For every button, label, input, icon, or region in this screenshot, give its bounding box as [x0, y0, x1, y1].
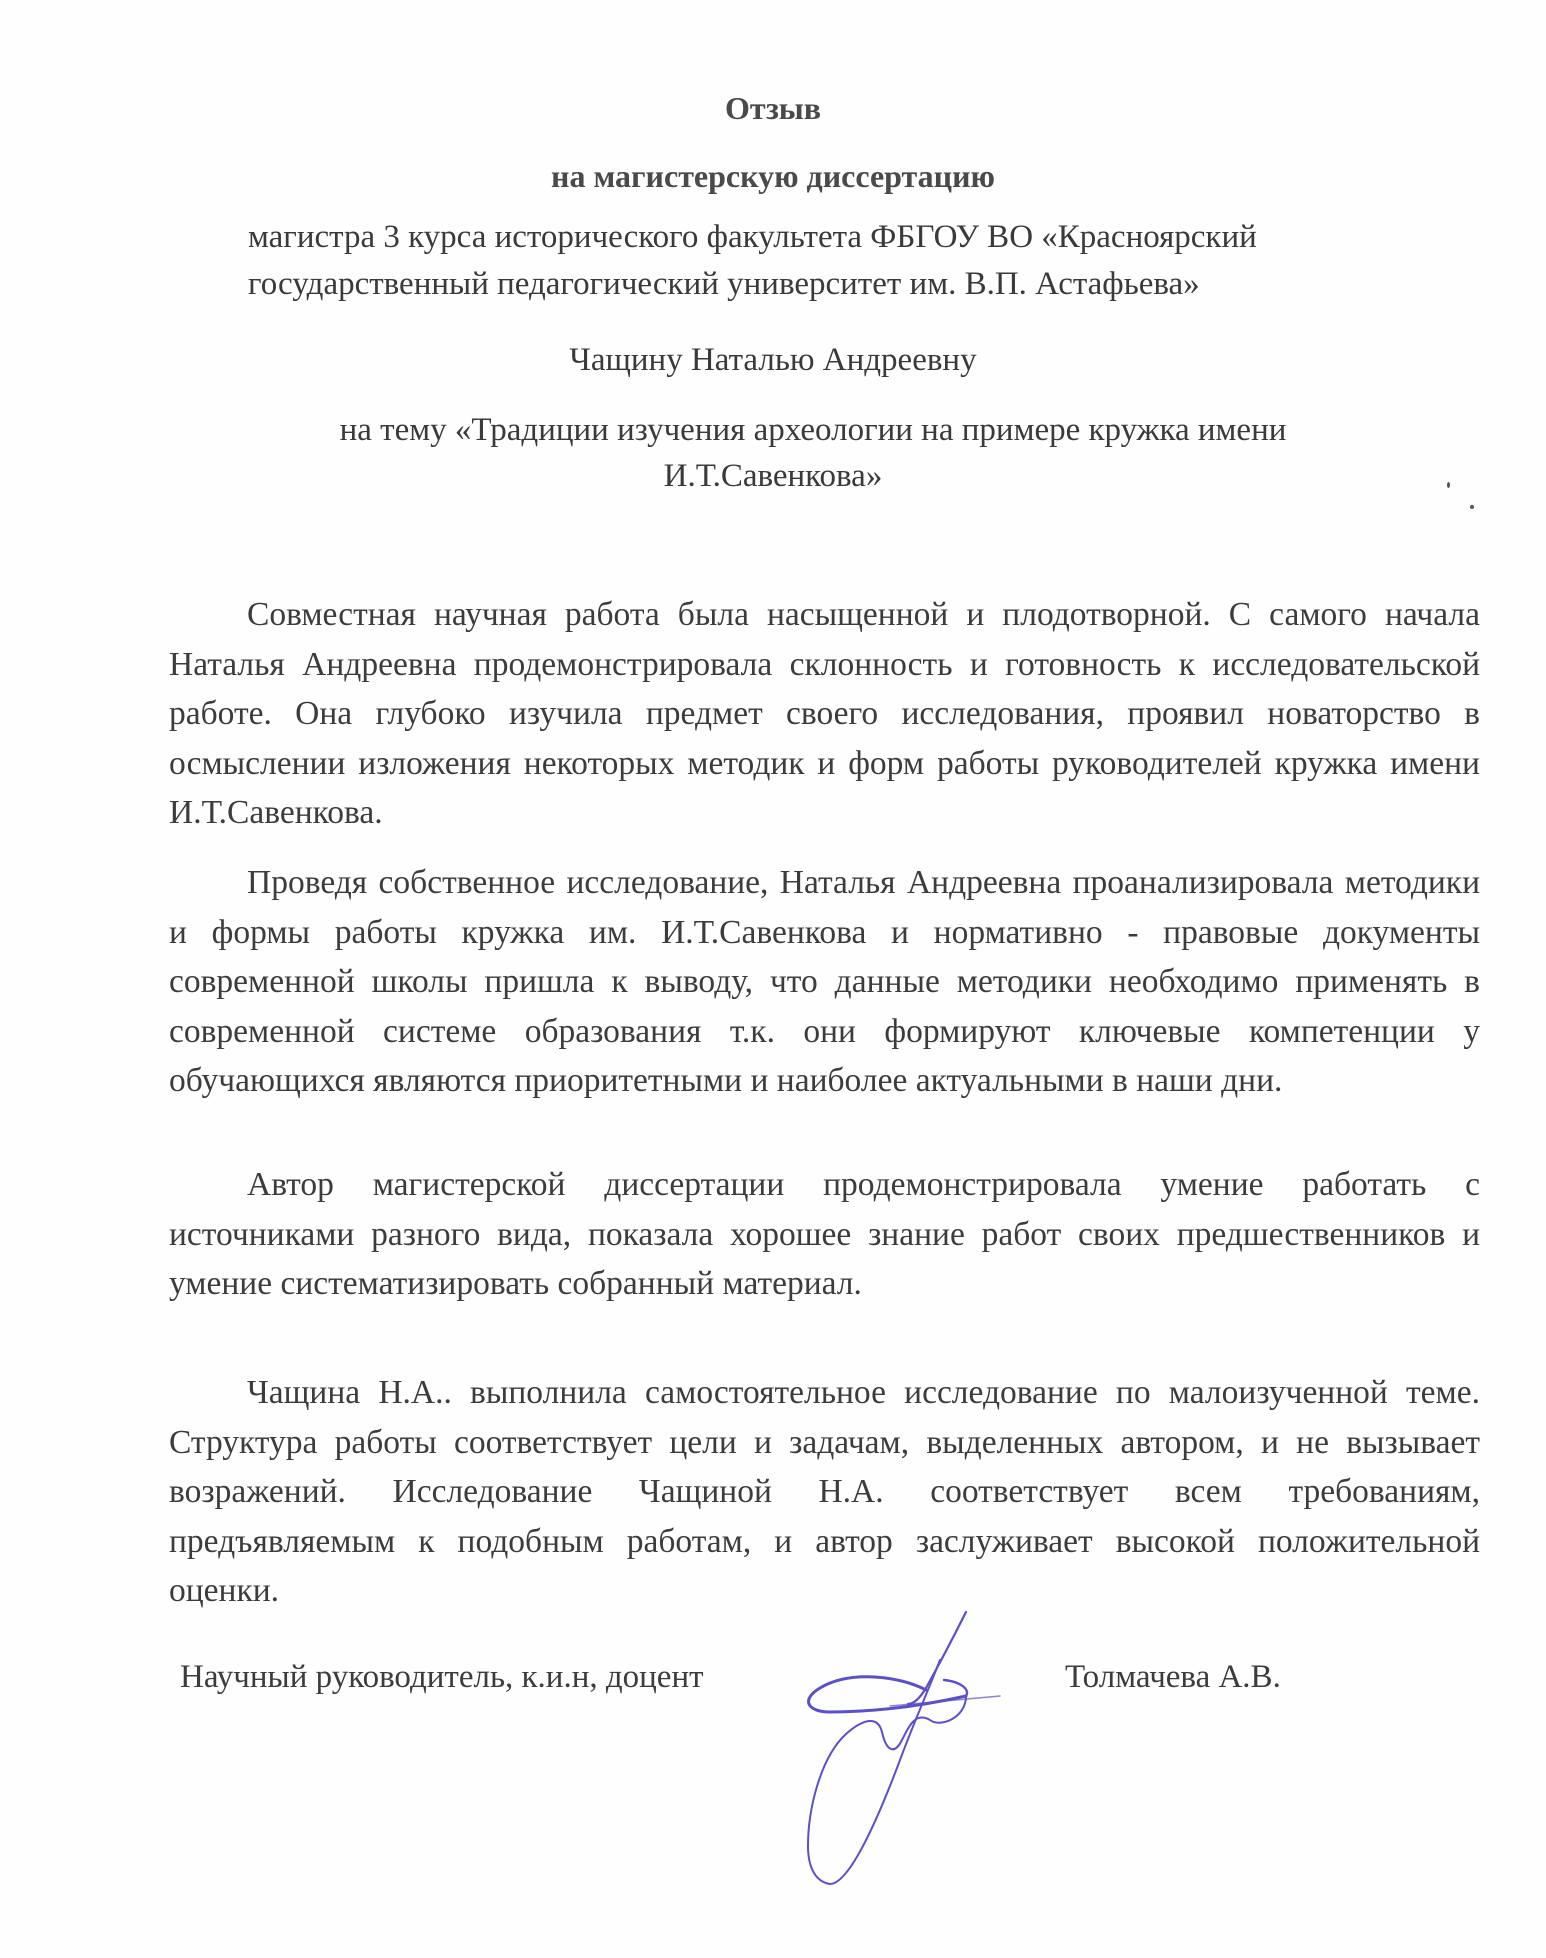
review-paragraph-3: Автор магистерской диссертации продемонс…	[169, 1160, 1480, 1309]
handwritten-signature-icon	[730, 1600, 1030, 1900]
student-name: Чащину Наталью Андреевну	[0, 340, 1546, 380]
document-subtitle: на магистерскую диссертацию	[0, 156, 1546, 196]
recipient-line-2: государственный педагогический университ…	[248, 261, 1488, 308]
recipient-line-1: магистра 3 курса исторического факультет…	[248, 214, 1488, 261]
supervisor-title: Научный руководитель, к.и.н, доцент	[180, 1652, 704, 1702]
document-title: Отзыв	[0, 88, 1546, 128]
scan-speck	[1447, 482, 1450, 488]
scanned-document-page: Отзыв на магистерскую диссертацию магист…	[0, 0, 1546, 1958]
review-paragraph-2: Проведя собственное исследование, Наталь…	[169, 858, 1480, 1106]
recipient-block: магистра 3 курса исторического факультет…	[248, 214, 1488, 308]
review-paragraph-1: Совместная научная работа была насыщенно…	[169, 590, 1480, 838]
supervisor-name: Толмачева А.В.	[1065, 1652, 1281, 1702]
review-paragraph-4: Чащина Н.А.. выполнила самостоятельное и…	[169, 1368, 1480, 1616]
topic-line-1: на тему «Традиции изучения археологии на…	[40, 410, 1546, 450]
topic-line-2: И.Т.Савенкова»	[0, 456, 1546, 496]
scan-speck	[1470, 505, 1474, 509]
